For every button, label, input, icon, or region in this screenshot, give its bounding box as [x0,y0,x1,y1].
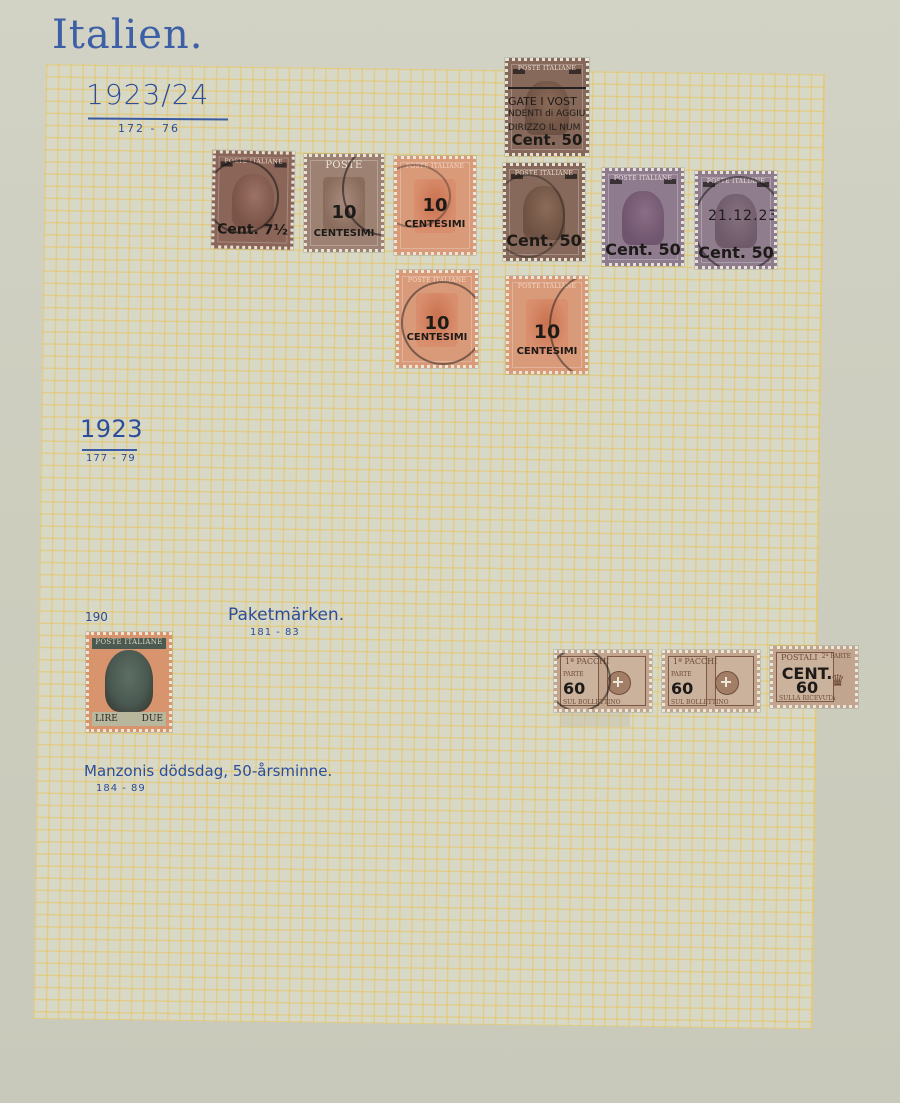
catalog-range: 177 - 79 [86,453,136,464]
heading-underline [82,449,137,451]
catalog-range: 181 - 83 [250,627,300,638]
section-heading-1923: 1923 [80,415,143,443]
catalog-range: 172 - 76 [118,122,180,135]
stamp-michetti-50c[interactable]: POSTE ITALIANE Cent. 50 [503,163,585,261]
section-heading-paketmarken: Paketmärken. [228,605,344,625]
catalog-number-190: 190 [85,610,108,624]
savoy-cross-emblem [715,671,739,695]
stamp-michetti-50c-dated-cancel[interactable]: POSTE ITALIANE 21.12.23 Cent. 50 [695,171,777,269]
stamp-floreale-2-lire[interactable]: POSTE ITALIANE LIRE DUE [86,632,172,732]
parcel-stamp-cent-60-ricevuta[interactable]: POSTALI 2ª PARTE CENT. 60 ♛ SULLA RICEVU… [770,646,858,708]
hinge-mark [560,712,630,727]
portrait [622,191,665,244]
stamp-leoni-10c[interactable]: POSTE 10 CENTESIMI [304,154,384,252]
king-portrait [105,650,153,712]
catalog-range: 184 - 89 [96,783,146,794]
parcel-stamp-60c-bollettino[interactable]: 1ª PACCHI PARTE 60 SUL BOLLETTINO [554,650,652,712]
album-page: Italien. 1923/24 172 - 76 1923 177 - 79 … [0,0,900,1103]
eagle-icon: ♛ [831,671,845,690]
stamp-eagle-10c[interactable]: POSTE ITALIANE 10 CENTESIMI [394,156,476,255]
stamp-michetti-50c-violet[interactable]: POSTE ITALIANE Cent. 50 [602,168,684,266]
stamp-eagle-10c[interactable]: POSTE ITALIANE 10 CENTESIMI [506,276,588,374]
parcel-stamp-60c-bollettino[interactable]: 1ª PACCHI PARTE 60 SUL BOLLETTINO [662,650,760,712]
page-title: Italien. [52,12,203,58]
stamp-michetti-50c-machine-cancel[interactable]: POSTE ITALIANE GATE I VOST NDENTI di AGG… [505,58,589,156]
stamp-eagle-10c[interactable]: POSTE ITALIANE 10 CENTESIMI [396,270,478,368]
section-heading-1923-24: 1923/24 [86,78,209,111]
section-heading-manzoni: Manzonis dödsdag, 50-årsminne. [84,762,332,780]
stamp-michetti-7-5c[interactable]: POSTE ITALIANE Cent. 7½ [211,150,295,249]
